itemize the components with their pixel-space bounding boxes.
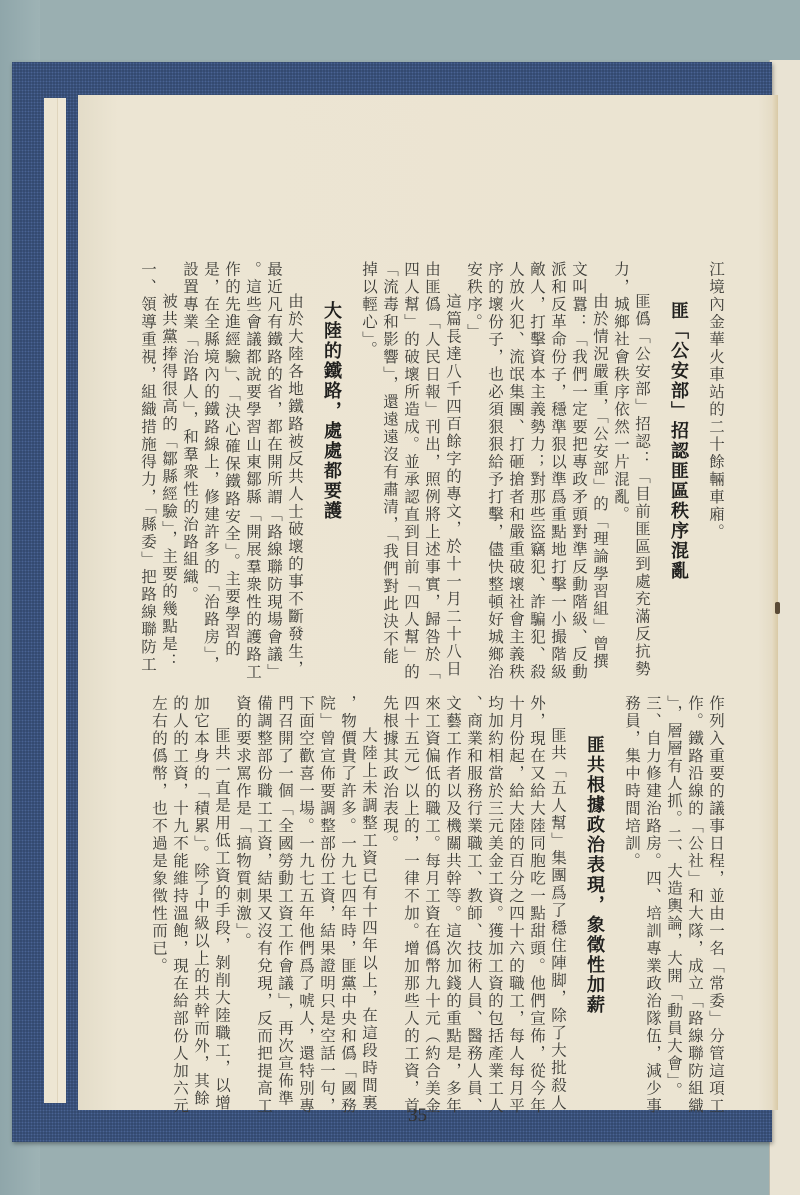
text-column: 江境內金華火車站的二十餘輛車廂。	[705, 261, 726, 681]
text-column: 四人幫」的破壞所造成。並承認直到目前「四人幫」的	[400, 261, 421, 681]
text-column: 被共黨捧得很高的「鄒縣經驗」，主要的幾點是：	[158, 261, 179, 681]
section-heading: 匪「公安部」招認匪區秩序混亂	[668, 261, 689, 681]
text-column: 均加約相當於三元美金工資。獲加工資的包括產業工人	[484, 695, 505, 1115]
text-column: 匪共「五人幫」集團爲了穩住陣脚，除了大批殺人	[547, 695, 568, 1115]
text-column: 務員，集中時間培訓。	[621, 695, 642, 1115]
text-column: 是，在全縣境內的鐵路線上，修建許多的「治路房」，	[200, 261, 221, 681]
text-column: 備調整部份職工工資，結果又沒有兌現，反而把提高工	[253, 695, 274, 1115]
text-column: 院」曾宣佈要調整部份工資，結果證明只是空話一句，	[316, 695, 337, 1115]
text-column: 三、自力修建治路房。四、培訓專業政治隊伍，減少事	[642, 695, 663, 1115]
text-column: 作的先進經驗」、「決心確保鐵路安全」。主要學習的	[221, 261, 242, 681]
text-column: 文藝工作者以及機關共幹等。這次加錢的重點是，多年	[442, 695, 463, 1115]
text-column: 門召開了一個「全國勞動工資工作會議」，再次宣佈準	[274, 695, 295, 1115]
text-column: 一、領導重視，組織措施得力，「縣委」把路線聯防工	[137, 261, 158, 681]
text-column: 加它本身的「積累」。除了中級以上的共幹而外，其餘	[190, 695, 211, 1115]
text-column: 。這些會議都說要學習山東鄒縣「開展羣衆性的護路工	[242, 261, 263, 681]
book-page: 江境內金華火車站的二十餘輛車廂。匪「公安部」招認匪區秩序混亂匪僞「公安部」招認：…	[78, 95, 778, 1110]
text-column: 來工資偏低的職工。每月工資在僞幣九十元（約合美金	[421, 695, 442, 1115]
text-column: 資的要求罵作是「搞物質刺激」。	[232, 695, 253, 1115]
text-column: 「流毒和影響」，還遠遠沒有肅清，「我們對此決不能	[379, 261, 400, 681]
text-column: 掉以輕心」。	[358, 261, 379, 681]
text-column: 外，現在又給大陸同胞吃一點甜頭。他們宣佈，從今年	[526, 695, 547, 1115]
text-column: 安秩序。」	[463, 261, 484, 681]
binding-clasp	[775, 602, 780, 614]
text-column: 設置專業「治路人」，和羣衆性的治路組織。	[179, 261, 200, 681]
text-column: 序的壞份子，也必須狠狠給予打擊，儘快整頓好城鄉治	[484, 261, 505, 681]
text-column: 人放火犯、流氓集團、打砸搶者和嚴重破壞社會主義秩	[505, 261, 526, 681]
text-tier-top: 江境內金華火車站的二十餘輛車廂。匪「公安部」招認匪區秩序混亂匪僞「公安部」招認：…	[137, 261, 726, 681]
text-column: 派和反革命份子，穩準狠以準爲重點地打擊一小撮階級	[547, 261, 568, 681]
text-column: 作。鐵路沿線的「公社」和大隊，成立「路線聯防組織	[684, 695, 705, 1115]
text-column: 十月份起，給大陸的百分之四十六的職工，每人每月平	[505, 695, 526, 1115]
text-column: 的人的工資，十九不能維持溫飽，現在給部份人加六元	[169, 695, 190, 1115]
text-column: 下面空歡喜一場。一九七五年他們爲了唬人，還特別專	[295, 695, 316, 1115]
text-tier-bottom: 作列入重要的議事日程，並由一名「常委」分管這項工作。鐵路沿線的「公社」和大隊，成…	[148, 695, 726, 1115]
book-cover: 江境內金華火車站的二十餘輛車廂。匪「公安部」招認匪區秩序混亂匪僞「公安部」招認：…	[12, 62, 772, 1142]
text-column: 大陸上未調整工資已有十四年以上，在這段時間裏	[358, 695, 379, 1115]
text-column: 匪僞「公安部」招認：「目前匪區到處充滿反抗勢	[631, 261, 652, 681]
text-column: 這篇長達八千四百餘字的專文，於十一月二十八日	[442, 261, 463, 681]
text-column: 文叫囂：「我們一定要把專政矛頭對準反動階級、反動	[568, 261, 589, 681]
text-column: 左右的僞幣，也不過是象徵性而已。	[148, 695, 169, 1115]
page-number: 35	[408, 1105, 427, 1127]
text-column: 力，城鄉社會秩序依然一片混亂。	[610, 261, 631, 681]
text-column: 」，層層有人抓。二、大造輿論，大開「動員大會」。	[663, 695, 684, 1115]
text-column: ，物價貴了許多。一九七四年時，匪黨中央和僞「國務	[337, 695, 358, 1115]
text-column: 由於大陸各地鐵路被反共人士破壞的事不斷發生，	[284, 261, 305, 681]
text-column: 由於情況嚴重，「公安部」的「理論學習組」曾撰	[589, 261, 610, 681]
text-column: 由匪僞「人民日報」刊出，照例將上述事實，歸咎於「	[421, 261, 442, 681]
section-heading: 匪共根據政治表現，象徵性加薪	[584, 695, 605, 1115]
text-column: 匪共一直是用低工資的手段，剝削大陸職工，以增	[211, 695, 232, 1115]
text-column: 最近凡有鐵路的省，都在開所謂「路線聯防現場會議」	[263, 261, 284, 681]
section-heading: 大陸的鐵路，處處都要護	[321, 261, 342, 681]
text-column: 、商業和服務行業職工、教師、技術人員、醫務人員、	[463, 695, 484, 1115]
text-column: 先根據其政治表現。	[379, 695, 400, 1115]
text-column: 作列入重要的議事日程，並由一名「常委」分管這項工	[705, 695, 726, 1115]
text-column: 敵人，打擊資本主義勢力；對那些盜竊犯、詐騙犯、殺	[526, 261, 547, 681]
text-column: 四十五元）以上的，一律不加。增加那些人的工資，首	[400, 695, 421, 1115]
page-stack-edge	[44, 98, 66, 1103]
